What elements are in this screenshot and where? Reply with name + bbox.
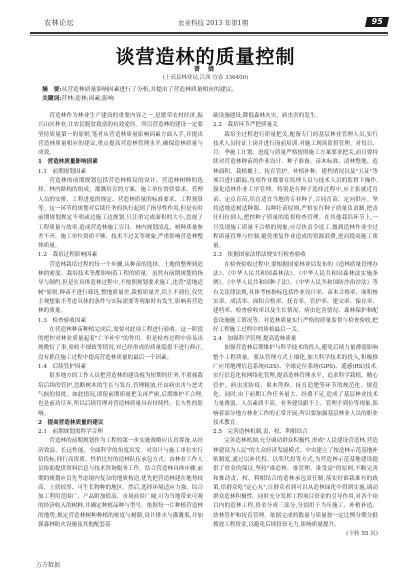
header-rule	[30, 32, 388, 34]
left-column: 营造林作为林业生产建设的重要内容之一,是繁荣农村经济,振兴山区林业,让农民脱贫致…	[38, 112, 203, 530]
keywords: 关键词:营林;造林;因素;影响	[42, 95, 372, 104]
paragraph: 完善造林机制,充分调动群众积极性,形成"人民建设营造林,营造林建设为人民"的大众…	[213, 437, 378, 530]
paragraph: 在检查验收过程中,要根据国家林业局发布的《造林质量管理办法》、《中华人民共和国森…	[213, 261, 378, 335]
subsection-heading: 2.1 前期规划需科学合理	[38, 428, 203, 437]
abstract: 摘 要:从营造林质量影响因素进行了分析,并提出了营造林质量相应的建议。	[42, 86, 372, 95]
abstract-label: 摘 要:	[42, 87, 62, 93]
subsection-heading: 1.3 检查验收因素	[38, 317, 203, 326]
subsection-heading: 1.4 后续管护因素	[38, 363, 203, 372]
abstract-block: 摘 要:从营造林质量影响因素进行了分析,并提出了营造林质量相应的建议。 关键词:…	[42, 86, 372, 104]
subsection-heading: 2.5 完善造林机制,责、权、利相结合	[213, 428, 378, 437]
keywords-label: 关键词:	[42, 96, 62, 102]
issue-info: 农业科技 2013 年第1期	[178, 18, 248, 27]
paragraph: 营造林的前期规划包括营造林格局的设计、营造林树种的选择、林内龄构的组成、灌溉培育…	[38, 177, 203, 251]
article-author: 曾 婧	[0, 64, 411, 73]
paragraph: 很多地方的工作人员把营造林的建设视为短期的任务,不重视栽培后续的管护,忽略树木的…	[38, 372, 203, 418]
subsection-heading: 1.2 栽培过程影响因素	[38, 251, 203, 260]
subsection-heading: 2.2 栽培环节严把质量关	[213, 121, 378, 130]
page-number: 95	[365, 17, 389, 27]
section-heading: 1 营造林质量影响因素	[38, 158, 203, 167]
subsection-heading: 2.3 依据国家法律法规实行检查验收	[213, 251, 378, 260]
keywords-text: 营林;造林;因素;影响	[62, 96, 114, 102]
article-affiliation: (上高县林业局,江西 宜春 336400)	[0, 73, 411, 81]
paragraph: 营造林的前期规划作为工程的第一步实施战略应认真筹备,从经济效益、长远性能、全面科…	[38, 437, 203, 530]
right-column: 础设施建设,降低森林火灾、病虫害的发生。 2.2 栽培环节严把质量关 栽培全过程…	[213, 112, 378, 540]
journal-name: 农林论坛	[44, 18, 74, 28]
subsection-heading: 1.1 前期规划因素	[38, 168, 203, 177]
paragraph-continued: 础设施建设,降低森林火灾、病虫害的发生。	[213, 112, 378, 121]
paragraph: 栽培全过程进行质量把关,配备专门的基层林业管理人员,实行技术人员持证上岗并进行岗…	[213, 131, 378, 252]
subsection-heading: 2.4 加强科学管理,提高造林质量	[213, 335, 378, 344]
paragraph: 加强营造林后期维护与科学技术的投入,避免后续力量薄弱影响整个工程质量。要从管理方…	[213, 344, 378, 428]
footer-watermark: 万方数据	[36, 560, 60, 569]
paragraph: 营造林栽培过程的每一个步骤,从种苗的选择、土地的整理到造林的密度、栽培技术等都影…	[38, 261, 203, 317]
paragraph: 在营造林种苗种植完成后,需要对此项工程进行验收。这一阶段的把控对林业质量起着"亡…	[38, 326, 203, 363]
page-header: 农林论坛 农业科技 2013 年第1期 95	[0, 0, 411, 36]
header-rule-thin	[30, 35, 388, 36]
intro-paragraph: 营造林作为林业生产建设的重要内容之一,是繁荣农村经济,振兴山区林业,让农民脱贫致…	[38, 112, 203, 158]
section-heading: 2 提高营造林质量的建议	[38, 419, 203, 428]
continued-note: (下转 55 页)	[213, 530, 378, 539]
abstract-text: 从营造林质量影响因素进行了分析,并提出了营造林质量相应的建议。	[62, 87, 238, 93]
